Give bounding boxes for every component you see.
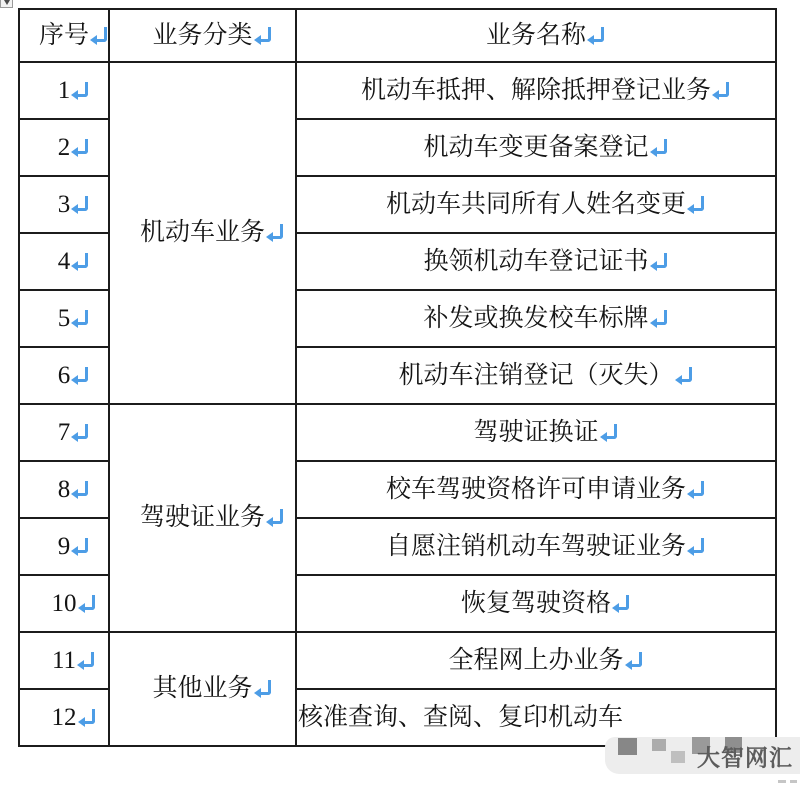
category-label: 其他业务 — [152, 675, 252, 702]
header-cell-serial[interactable]: 序号 — [19, 9, 109, 62]
cell-category-license[interactable]: 驾驶证业务 — [109, 404, 296, 632]
cell-serial[interactable]: 5 — [19, 290, 109, 347]
cell-serial[interactable]: 12 — [19, 689, 109, 746]
business-name: 驾驶证换证 — [473, 419, 598, 446]
serial-number: 8 — [58, 476, 71, 503]
category-label: 机动车业务 — [140, 219, 265, 246]
cell-serial[interactable]: 6 — [19, 347, 109, 404]
business-name: 机动车抵押、解除抵押登记业务 — [361, 77, 711, 104]
pixelated-block — [618, 738, 637, 755]
cell-business-name[interactable]: 机动车注销登记（灭失） — [296, 347, 776, 404]
document-page: 序号 业务分类 业务名称 1 机动车业务 机动车抵押、解除抵押登记业务 2 机动… — [0, 0, 800, 789]
cell-business-name[interactable]: 机动车变更备案登记 — [296, 119, 776, 176]
serial-number: 10 — [52, 590, 77, 617]
cell-business-name[interactable]: 校车驾驶资格许可申请业务 — [296, 461, 776, 518]
business-name: 恢复驾驶资格 — [461, 590, 611, 617]
pixelated-block — [652, 739, 666, 751]
business-name: 自愿注销机动车驾驶证业务 — [386, 533, 686, 560]
serial-number: 1 — [58, 77, 71, 104]
header-label: 业务分类 — [152, 22, 252, 49]
cell-business-name[interactable]: 机动车共同所有人姓名变更 — [296, 176, 776, 233]
page-corner-mark — [778, 779, 800, 787]
cell-serial[interactable]: 3 — [19, 176, 109, 233]
cell-serial[interactable]: 2 — [19, 119, 109, 176]
serial-number: 3 — [58, 191, 71, 218]
category-label: 驾驶证业务 — [140, 504, 265, 531]
cell-business-name[interactable]: 机动车抵押、解除抵押登记业务 — [296, 62, 776, 119]
cell-category-vehicle[interactable]: 机动车业务 — [109, 62, 296, 404]
cell-serial[interactable]: 10 — [19, 575, 109, 632]
business-name: 机动车变更备案登记 — [423, 134, 648, 161]
business-name: 核准查询、查阅、复印机动车 — [298, 704, 623, 731]
cell-category-other[interactable]: 其他业务 — [109, 632, 296, 746]
cell-serial[interactable]: 11 — [19, 632, 109, 689]
table-row: 1 机动车业务 机动车抵押、解除抵押登记业务 — [19, 62, 776, 119]
business-name: 换领机动车登记证书 — [423, 248, 648, 275]
business-name: 机动车注销登记（灭失） — [398, 362, 673, 389]
cell-business-name[interactable]: 恢复驾驶资格 — [296, 575, 776, 632]
cell-serial[interactable]: 9 — [19, 518, 109, 575]
serial-number: 5 — [58, 305, 71, 332]
business-name: 校车驾驶资格许可申请业务 — [386, 476, 686, 503]
cell-business-name[interactable]: 全程网上办业务 — [296, 632, 776, 689]
business-name: 补发或换发校车标牌 — [423, 305, 648, 332]
table-handle-icon[interactable] — [0, 0, 13, 8]
table-header-row: 序号 业务分类 业务名称 — [19, 9, 776, 62]
watermark-text: 大智网汇 — [697, 739, 793, 772]
cell-serial[interactable]: 1 — [19, 62, 109, 119]
cell-business-name[interactable]: 补发或换发校车标牌 — [296, 290, 776, 347]
serial-number: 12 — [52, 704, 77, 731]
header-label: 序号 — [39, 22, 89, 49]
header-cell-category[interactable]: 业务分类 — [109, 9, 296, 62]
table-row: 7 驾驶证业务 驾驶证换证 — [19, 404, 776, 461]
cell-business-name[interactable]: 驾驶证换证 — [296, 404, 776, 461]
cell-business-name[interactable]: 换领机动车登记证书 — [296, 233, 776, 290]
business-name: 全程网上办业务 — [448, 647, 623, 674]
table-row: 11 其他业务 全程网上办业务 — [19, 632, 776, 689]
cell-serial[interactable]: 7 — [19, 404, 109, 461]
business-name: 机动车共同所有人姓名变更 — [386, 191, 686, 218]
header-cell-name[interactable]: 业务名称 — [296, 9, 776, 62]
serial-number: 9 — [58, 533, 71, 560]
header-label: 业务名称 — [486, 22, 586, 49]
pixelated-block — [671, 751, 685, 763]
cell-business-name[interactable]: 自愿注销机动车驾驶证业务 — [296, 518, 776, 575]
serial-number: 2 — [58, 134, 71, 161]
watermark: 大智网汇 — [605, 737, 800, 774]
serial-number: 11 — [52, 647, 76, 674]
cell-serial[interactable]: 4 — [19, 233, 109, 290]
cell-serial[interactable]: 8 — [19, 461, 109, 518]
serial-number: 6 — [58, 362, 71, 389]
business-table: 序号 业务分类 业务名称 1 机动车业务 机动车抵押、解除抵押登记业务 2 机动… — [18, 8, 777, 747]
serial-number: 4 — [58, 248, 71, 275]
serial-number: 7 — [58, 419, 71, 446]
